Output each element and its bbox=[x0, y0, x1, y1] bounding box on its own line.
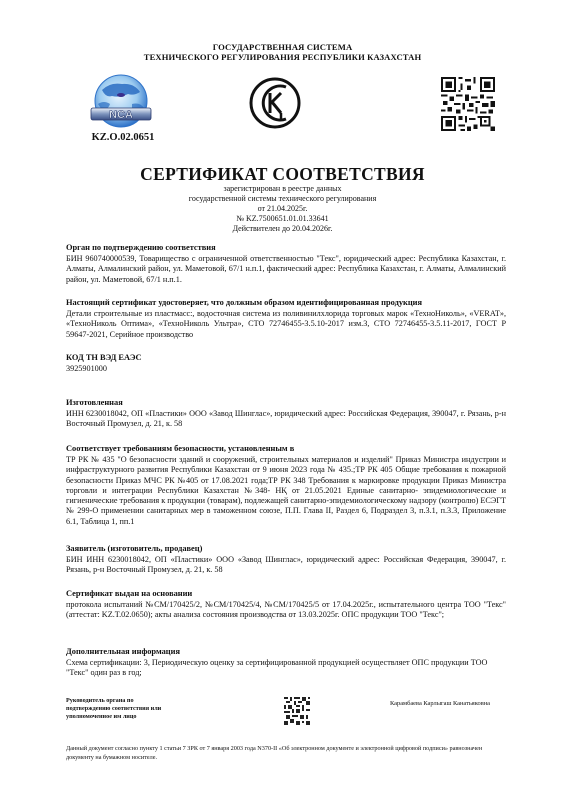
validity-date: Действителен до 20.04.2026г. bbox=[0, 224, 565, 234]
kz-conformity-mark-icon bbox=[248, 75, 302, 131]
section-additional-info: Дополнительная информация Схема сертифик… bbox=[66, 647, 506, 679]
section-label: Орган по подтверждению соответствия bbox=[66, 243, 506, 253]
qr-code-icon[interactable] bbox=[441, 76, 495, 132]
registration-date: от 21.04.2025г. bbox=[0, 204, 565, 214]
header-line-2: ТЕХНИЧЕСКОГО РЕГУЛИРОВАНИЯ РЕСПУБЛИКИ КА… bbox=[0, 52, 565, 62]
signer-name: Карамбаева Карлыгаш Канатьяковна bbox=[390, 700, 490, 707]
registration-info: зарегистрирован в реестре данных государ… bbox=[0, 184, 565, 234]
accreditation-code: KZ.O.02.0651 bbox=[83, 132, 163, 143]
section-text: ИНН 6230018042, ОП «Пластики» ООО «Завод… bbox=[66, 409, 506, 430]
section-hs-code: КОД ТН ВЭД ЕАЭС 3925901000 bbox=[66, 353, 506, 374]
section-product: Настоящий сертификат удостоверяет, что д… bbox=[66, 298, 506, 340]
section-label: Заявитель (изготовитель, продавец) bbox=[66, 544, 506, 554]
legal-footer-note: Данный документ согласно пункту 1 статьи… bbox=[66, 745, 506, 762]
section-label: Изготовленная bbox=[66, 398, 506, 408]
section-label: Соответствует требованиям безопасности, … bbox=[66, 444, 506, 454]
signature-qr-code-icon[interactable] bbox=[284, 697, 310, 725]
issuing-system-header: ГОСУДАРСТВЕННАЯ СИСТЕМА ТЕХНИЧЕСКОГО РЕГ… bbox=[0, 42, 565, 62]
section-text: 3925901000 bbox=[66, 364, 506, 374]
section-certification-body: Орган по подтверждению соответствия БИН … bbox=[66, 243, 506, 285]
registration-line-2: государственной системы технического рег… bbox=[0, 194, 565, 204]
section-safety-requirements: Соответствует требованиям безопасности, … bbox=[66, 444, 506, 527]
section-text: ТР РК № 435 "О безопасности зданий и соо… bbox=[66, 455, 506, 527]
nca-globe-logo-icon: NCA bbox=[88, 74, 154, 132]
section-label: Сертификат выдан на основании bbox=[66, 589, 506, 599]
section-label: КОД ТН ВЭД ЕАЭС bbox=[66, 353, 506, 363]
section-text: протокола испытаний №СМ/170425/2, №СМ/17… bbox=[66, 600, 506, 621]
header-line-1: ГОСУДАРСТВЕННАЯ СИСТЕМА bbox=[0, 42, 565, 52]
svg-text:NCA: NCA bbox=[109, 109, 133, 121]
signatory-role: Руководитель органа по подтверждению соо… bbox=[66, 697, 166, 721]
section-text: БИН ИНН 6230018042, ОП «Пластики» ООО «З… bbox=[66, 555, 506, 576]
registration-number: № KZ.7500651.01.01.33641 bbox=[0, 214, 565, 224]
section-label: Дополнительная информация bbox=[66, 647, 506, 657]
section-manufacturer: Изготовленная ИНН 6230018042, ОП «Пласти… bbox=[66, 398, 506, 430]
certificate-title: СЕРТИФИКАТ СООТВЕТСТВИЯ bbox=[0, 164, 565, 185]
registration-line-1: зарегистрирован в реестре данных bbox=[0, 184, 565, 194]
section-applicant: Заявитель (изготовитель, продавец) БИН И… bbox=[66, 544, 506, 576]
section-label: Настоящий сертификат удостоверяет, что д… bbox=[66, 298, 506, 308]
section-text: БИН 960740000539, Товарищество с огранич… bbox=[66, 254, 506, 285]
section-issued-basis: Сертификат выдан на основании протокола … bbox=[66, 589, 506, 621]
section-text: Детали строительные из пластмасс:, водос… bbox=[66, 309, 506, 340]
section-text: Схема сертификации: 3, Периодическую оце… bbox=[66, 658, 506, 679]
